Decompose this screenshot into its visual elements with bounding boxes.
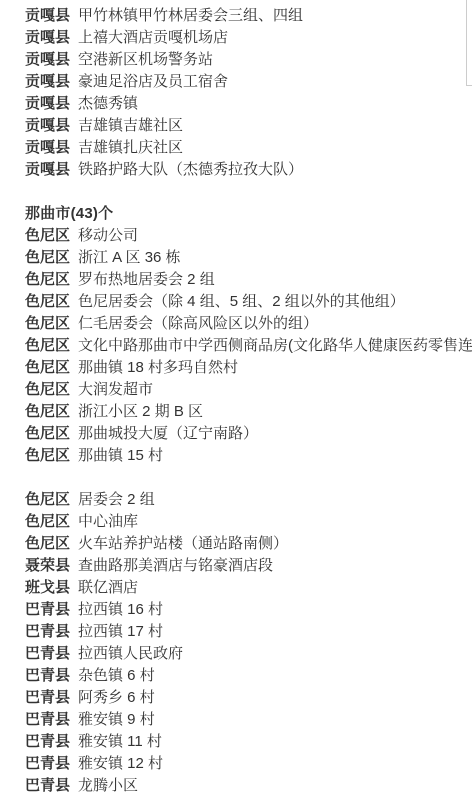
- region-name: 色尼区: [25, 425, 70, 442]
- list-item: 巴青县龙腾小区: [25, 775, 472, 797]
- region-name: 色尼区: [25, 227, 70, 244]
- list-item: 色尼区大润发超市: [25, 379, 472, 401]
- place-name: 那曲镇 18 村多玛自然村: [78, 359, 238, 376]
- region-name: 巴青县: [25, 667, 70, 684]
- region-name: 色尼区: [25, 447, 70, 464]
- list-item: 贡嘎县甲竹林镇甲竹林居委会三组、四组: [25, 5, 472, 27]
- list-item: 巴青县雅安镇 9 村: [25, 709, 472, 731]
- region-name: 色尼区: [25, 381, 70, 398]
- list-item: 贡嘎县吉雄镇吉雄社区: [25, 115, 472, 137]
- place-name: 甲竹林镇甲竹林居委会三组、四组: [78, 7, 303, 24]
- list-item: 色尼区火车站养护站楼（通站路南侧）: [25, 533, 472, 555]
- region-name: 色尼区: [25, 271, 70, 288]
- place-name: 联亿酒店: [78, 579, 138, 596]
- region-name: 巴青县: [25, 601, 70, 618]
- region-name: 色尼区: [25, 249, 70, 266]
- risk-area-list: 贡嘎县甲竹林镇甲竹林居委会三组、四组贡嘎县上禧大酒店贡嘎机场店贡嘎县空港新区机场…: [25, 5, 472, 797]
- place-name: 雅安镇 12 村: [78, 755, 163, 772]
- place-name: 龙腾小区: [78, 777, 138, 794]
- place-name: 罗布热地居委会 2 组: [78, 271, 215, 288]
- place-name: 拉西镇人民政府: [78, 645, 183, 662]
- place-name: 居委会 2 组: [78, 491, 155, 508]
- place-name: 移动公司: [78, 227, 138, 244]
- list-item: 巴青县阿秀乡 6 村: [25, 687, 472, 709]
- list-item: 巴青县拉西镇人民政府: [25, 643, 472, 665]
- list-section: 色尼区居委会 2 组色尼区中心油库色尼区火车站养护站楼（通站路南侧）聂荣县查曲路…: [25, 489, 472, 797]
- place-name: 雅安镇 9 村: [78, 711, 155, 728]
- list-item: 贡嘎县铁路护路大队（杰德秀拉孜大队）: [25, 159, 472, 181]
- region-name: 贡嘎县: [25, 95, 70, 112]
- region-name: 色尼区: [25, 359, 70, 376]
- list-item: 色尼区那曲镇 15 村: [25, 445, 472, 467]
- region-name: 贡嘎县: [25, 117, 70, 134]
- region-name: 贡嘎县: [25, 73, 70, 90]
- place-name: 查曲路那美酒店与铭豪酒店段: [78, 557, 273, 574]
- list-item: 色尼区浙江 A 区 36 栋: [25, 247, 472, 269]
- list-item: 色尼区文化中路那曲市中学西侧商品房(文化路华人健康医药零售连锁超市: [25, 335, 472, 357]
- region-name: 巴青县: [25, 645, 70, 662]
- region-name: 色尼区: [25, 315, 70, 332]
- region-name: 色尼区: [25, 513, 70, 530]
- list-item: 聂荣县查曲路那美酒店与铭豪酒店段: [25, 555, 472, 577]
- region-name: 贡嘎县: [25, 161, 70, 178]
- place-name: 拉西镇 17 村: [78, 623, 163, 640]
- list-item: 巴青县雅安镇 11 村: [25, 731, 472, 753]
- region-name: 色尼区: [25, 337, 70, 354]
- region-name: 色尼区: [25, 491, 70, 508]
- place-name: 火车站养护站楼（通站路南侧）: [78, 535, 288, 552]
- list-item: 巴青县雅安镇 12 村: [25, 753, 472, 775]
- region-name: 贡嘎县: [25, 139, 70, 156]
- place-name: 吉雄镇扎庆社区: [78, 139, 183, 156]
- list-item: 贡嘎县吉雄镇扎庆社区: [25, 137, 472, 159]
- list-item: 贡嘎县杰德秀镇: [25, 93, 472, 115]
- list-item: 色尼区罗布热地居委会 2 组: [25, 269, 472, 291]
- region-name: 巴青县: [25, 733, 70, 750]
- place-name: 仁毛居委会（除高风险区以外的组）: [78, 315, 318, 332]
- list-item: 色尼区移动公司: [25, 225, 472, 247]
- place-name: 杰德秀镇: [78, 95, 138, 112]
- list-item: 贡嘎县上禧大酒店贡嘎机场店: [25, 27, 472, 49]
- list-section: 贡嘎县甲竹林镇甲竹林居委会三组、四组贡嘎县上禧大酒店贡嘎机场店贡嘎县空港新区机场…: [25, 5, 472, 181]
- place-name: 拉西镇 16 村: [78, 601, 163, 618]
- place-name: 阿秀乡 6 村: [78, 689, 155, 706]
- place-name: 上禧大酒店贡嘎机场店: [78, 29, 228, 46]
- region-name: 色尼区: [25, 535, 70, 552]
- region-name: 巴青县: [25, 711, 70, 728]
- list-item: 贡嘎县空港新区机场警务站: [25, 49, 472, 71]
- region-name: 巴青县: [25, 755, 70, 772]
- place-name: 空港新区机场警务站: [78, 51, 213, 68]
- region-name: 贡嘎县: [25, 51, 70, 68]
- list-item: 色尼区浙江小区 2 期 B 区: [25, 401, 472, 423]
- region-name: 班戈县: [25, 579, 70, 596]
- cropped-panel-corner-border: [466, 0, 472, 86]
- place-name: 中心油库: [78, 513, 138, 530]
- place-name: 雅安镇 11 村: [78, 733, 162, 750]
- list-item: 色尼区色尼居委会（除 4 组、5 组、2 组以外的其他组）: [25, 291, 472, 313]
- place-name: 那曲城投大厦（辽宁南路）: [78, 425, 258, 442]
- list-item: 色尼区仁毛居委会（除高风险区以外的组）: [25, 313, 472, 335]
- place-name: 浙江小区 2 期 B 区: [78, 403, 203, 420]
- region-name: 聂荣县: [25, 557, 70, 574]
- list-item: 班戈县联亿酒店: [25, 577, 472, 599]
- region-name: 巴青县: [25, 623, 70, 640]
- place-name: 铁路护路大队（杰德秀拉孜大队）: [78, 161, 303, 178]
- place-name: 豪迪足浴店及员工宿舍: [78, 73, 228, 90]
- place-name: 文化中路那曲市中学西侧商品房(文化路华人健康医药零售连锁超市: [78, 337, 472, 354]
- place-name: 色尼居委会（除 4 组、5 组、2 组以外的其他组）: [78, 293, 405, 310]
- region-name: 贡嘎县: [25, 29, 70, 46]
- list-item: 贡嘎县豪迪足浴店及员工宿舍: [25, 71, 472, 93]
- list-item: 色尼区那曲镇 18 村多玛自然村: [25, 357, 472, 379]
- place-name: 大润发超市: [78, 381, 153, 398]
- list-section: 那曲市(43)个色尼区移动公司色尼区浙江 A 区 36 栋色尼区罗布热地居委会 …: [25, 203, 472, 467]
- place-name: 吉雄镇吉雄社区: [78, 117, 183, 134]
- list-item: 巴青县杂色镇 6 村: [25, 665, 472, 687]
- place-name: 那曲镇 15 村: [78, 447, 163, 464]
- list-item: 色尼区中心油库: [25, 511, 472, 533]
- place-name: 浙江 A 区 36 栋: [78, 249, 181, 266]
- region-name: 贡嘎县: [25, 7, 70, 24]
- list-item: 色尼区居委会 2 组: [25, 489, 472, 511]
- list-item: 巴青县拉西镇 16 村: [25, 599, 472, 621]
- section-header: 那曲市(43)个: [25, 203, 472, 225]
- region-name: 巴青县: [25, 689, 70, 706]
- region-name: 色尼区: [25, 293, 70, 310]
- list-item: 色尼区那曲城投大厦（辽宁南路）: [25, 423, 472, 445]
- place-name: 杂色镇 6 村: [78, 667, 155, 684]
- region-name: 色尼区: [25, 403, 70, 420]
- region-name: 巴青县: [25, 777, 70, 794]
- list-item: 巴青县拉西镇 17 村: [25, 621, 472, 643]
